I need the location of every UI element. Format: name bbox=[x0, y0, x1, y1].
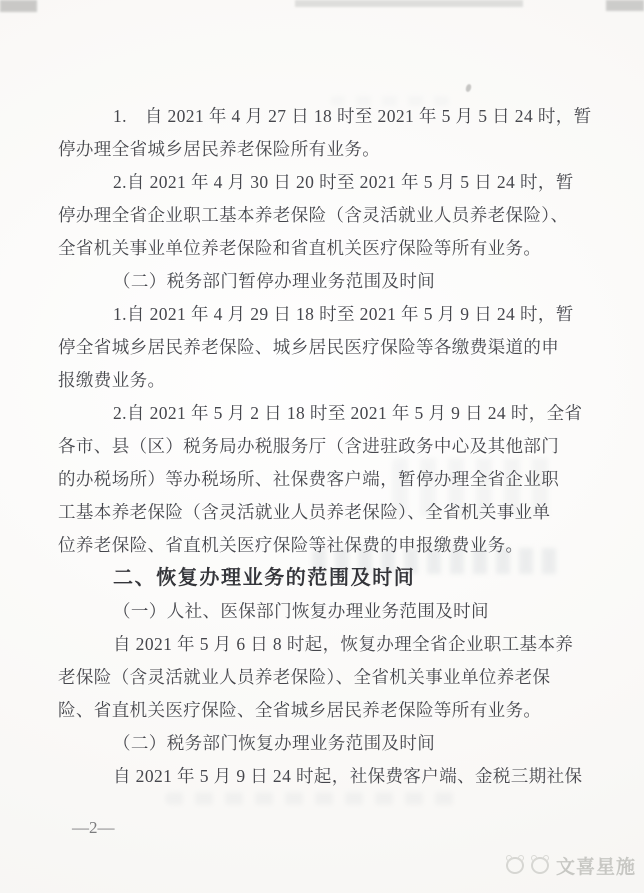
text-line: 位养老保险、省直机关医疗保险等社保费的申报缴费业务。 bbox=[58, 529, 566, 562]
text-line: 自 2021 年 5 月 6 日 8 时起，恢复办理全省企业职工基本养 bbox=[58, 628, 566, 661]
scan-speck bbox=[465, 83, 472, 92]
text-line: 工基本养老保险（含灵活就业人员养老保险）、全省机关事业单 bbox=[58, 496, 566, 529]
text-line: 全省机关事业单位养老保险和省直机关医疗保险等所有业务。 bbox=[58, 232, 566, 265]
text-line: 各市、县（区）税务局办税服务厅（含进驻政务中心及其他部门 bbox=[58, 430, 566, 463]
text-line: 2.自 2021 年 4 月 30 日 20 时至 2021 年 5 月 5 日… bbox=[58, 166, 566, 199]
watermark-panda-icon bbox=[531, 857, 549, 874]
scan-edge-artifact bbox=[606, 0, 644, 11]
watermark-text: 文喜星施 bbox=[556, 852, 636, 879]
scan-edge-artifact bbox=[295, 0, 523, 7]
text-line: 1.自 2021 年 4 月 29 日 18 时至 2021 年 5 月 9 日… bbox=[58, 298, 566, 331]
text-line: 的办税场所）等办税场所、社保费客户端，暂停办理全省企业职 bbox=[58, 463, 566, 496]
page-number: —2— bbox=[72, 811, 115, 844]
text-line: 险、省直机关医疗保险、全省城乡居民养老保险等所有业务。 bbox=[58, 694, 566, 727]
document-body: 1. 自 2021 年 4 月 27 日 18 时至 2021 年 5 月 5 … bbox=[58, 100, 566, 793]
text-line: 2.自 2021 年 5 月 2 日 18 时至 2021 年 5 月 9 日 … bbox=[58, 397, 566, 430]
text-line: 停办理全省企业职工基本养老保险（含灵活就业人员养老保险）、 bbox=[58, 199, 566, 232]
text-line: 停办理全省城乡居民养老保险所有业务。 bbox=[58, 133, 566, 166]
text-line: 停全省城乡居民养老保险、城乡居民医疗保险等各缴费渠道的申 bbox=[58, 331, 566, 364]
text-line: 自 2021 年 5 月 9 日 24 时起，社保费客户端、金税三期社保 bbox=[58, 760, 566, 793]
scan-edge-artifact bbox=[0, 0, 37, 12]
document-page: 1. 自 2021 年 4 月 27 日 18 时至 2021 年 5 月 5 … bbox=[0, 0, 644, 893]
text-line: 老保险（含灵活就业人员养老保险）、全省机关事业单位养老保 bbox=[58, 661, 566, 694]
watermark-panda-icon bbox=[506, 857, 524, 874]
subsection-heading: （二）税务部门恢复办理业务范围及时间 bbox=[58, 727, 566, 760]
watermark: 文喜星施 bbox=[506, 851, 636, 879]
subsection-heading: （二）税务部门暂停办理业务范围及时间 bbox=[58, 265, 566, 298]
subsection-heading: （一）人社、医保部门恢复办理业务范围及时间 bbox=[58, 595, 566, 628]
text-line: 1. 自 2021 年 4 月 27 日 18 时至 2021 年 5 月 5 … bbox=[58, 100, 566, 133]
ink-bleed-smudge bbox=[165, 792, 457, 805]
section-heading: 二、恢复办理业务的范围及时间 bbox=[58, 562, 566, 595]
text-line: 报缴费业务。 bbox=[58, 364, 566, 397]
